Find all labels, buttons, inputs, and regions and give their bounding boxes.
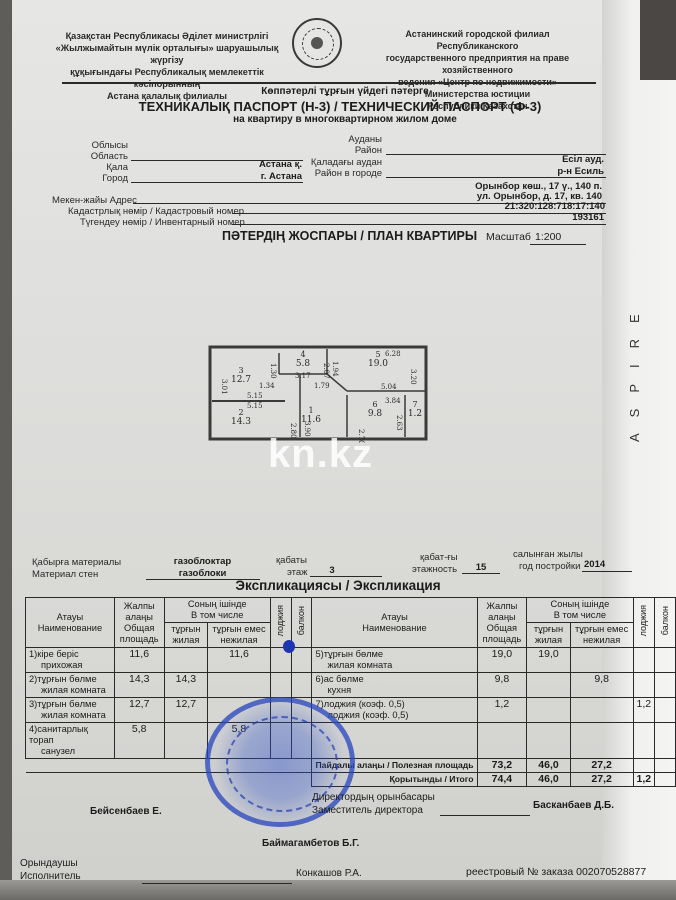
col-living-header: тұрғынжилая (164, 623, 208, 648)
svg-text:3.01: 3.01 (220, 379, 228, 395)
cell-balcony (655, 698, 676, 723)
svg-text:3.20: 3.20 (409, 369, 417, 385)
svg-text:1: 1 (308, 406, 313, 415)
cell-total: 12,7 (114, 698, 164, 723)
issuer-kz-line: «Жылжымайтын мүлік орталығы» шаруашылық … (52, 42, 282, 66)
state-emblem-icon (292, 18, 342, 68)
issuer-kz-line: Қазақстан Республикасы Әділет министрліг… (52, 30, 282, 42)
svg-text:5.15: 5.15 (247, 402, 263, 410)
summary-balcony (655, 773, 676, 787)
cell-loggia (633, 648, 655, 673)
cadastral-label: Кадастрлық нөмір / Кадастровый номер (68, 206, 244, 217)
cell-total (477, 723, 527, 759)
rayon-label-kz: Ауданы (320, 134, 382, 145)
room-name: 3)тұрғын бөлмежилая комната (26, 698, 115, 723)
title-subtitle-ru: на квартиру в многоквартирном жилом доме (150, 114, 540, 125)
svg-text:5.8: 5.8 (296, 359, 311, 369)
cell-balcony (655, 673, 676, 698)
city-district-label-kz: Қаладағы аудан (300, 157, 382, 168)
summary-total: 74,4 (477, 773, 527, 787)
address-label: Мекен-жайы Адрес (52, 195, 137, 206)
scale-field (530, 244, 586, 245)
year-label-kz: салынған жылы (513, 549, 583, 560)
summary-nonliving: 27,2 (570, 773, 633, 787)
svg-text:3.17: 3.17 (295, 372, 311, 380)
cell-total: 19,0 (477, 648, 527, 673)
executor-name: Конкашов Р.А. (296, 868, 362, 879)
city-district-field (386, 177, 606, 178)
inventory-label: Түгендеу нөмір / Инвентарный номер (80, 217, 245, 228)
city-label-kz: Қала (60, 162, 128, 173)
svg-text:4: 4 (300, 350, 305, 359)
rayon-label-ru: Район (320, 145, 382, 156)
city-district-value-ru: р-н Есиль (480, 166, 604, 177)
oblast-label-kz: Облысы (60, 140, 128, 151)
room-name: 6)ас бөлмекухня (312, 673, 477, 698)
issuer-ru-line: государственного предприятия на праве хо… (370, 52, 585, 76)
svg-text:3: 3 (238, 366, 243, 375)
bottom-shadow (0, 880, 676, 900)
cell-loggia (270, 673, 291, 698)
cell-nonliving: 11,6 (208, 648, 271, 673)
cell-nonliving (570, 723, 633, 759)
col-incl-header: Соның ішіндеВ том числе (527, 598, 633, 623)
cell-loggia: 1,2 (633, 698, 655, 723)
floor-label-ru: этаж (287, 567, 308, 578)
background-corner (640, 0, 676, 80)
summary-living: 46,0 (527, 759, 571, 773)
year-label-ru: год постройки (519, 561, 580, 572)
cell-balcony (291, 673, 312, 698)
floors-label-kz: қабат-ғы (420, 552, 458, 563)
col-balcony-header: балкон (655, 598, 676, 648)
summary-living: 46,0 (527, 773, 571, 787)
svg-text:9.8: 9.8 (368, 409, 383, 419)
svg-text:1.34: 1.34 (259, 382, 275, 390)
title-subtitle-kz: Көппәтерлі тұрғын үйдегі пәтерге (150, 86, 540, 97)
cell-living: 14,3 (164, 673, 208, 698)
room-name: 4)санитарлық торапсанузел (26, 723, 115, 759)
scale-label: Масштаб (486, 231, 531, 243)
summary-balcony (655, 759, 676, 773)
floor-plan: 111.6214.3312.745.8519.069.871.23.011.30… (207, 343, 429, 443)
issuer-ru-line: Астанинский городской филиал Республикан… (370, 28, 585, 52)
col-nonliving-header: тұрғын емеснежилая (208, 623, 271, 648)
col-incl-header: Соның ішіндеВ том числе (164, 598, 270, 623)
room-name: 2)тұрғын бөлмежилая комната (26, 673, 115, 698)
floors-field (462, 573, 500, 574)
city-value-ru: г. Астана (200, 171, 302, 182)
svg-text:2: 2 (238, 408, 243, 417)
svg-text:12.7: 12.7 (231, 375, 251, 385)
floor-label-kz: қабаты (276, 555, 307, 566)
header-divider (62, 82, 596, 84)
document-title: ТЕХНИКАЛЫҚ ПАСПОРТ (Н-3) / ТЕХНИЧЕСКИЙ П… (110, 99, 570, 114)
cell-balcony (655, 723, 676, 759)
order-number: реестровый № заказа 002070528877 (466, 866, 646, 878)
binder-brand-label: ASPIRE (627, 280, 657, 460)
svg-text:1.30: 1.30 (269, 363, 277, 379)
svg-text:7: 7 (412, 400, 417, 409)
executor-signature-line (142, 883, 292, 884)
col-living-header: тұрғынжилая (527, 623, 571, 648)
svg-text:1.79: 1.79 (314, 382, 330, 390)
cell-living: 19,0 (527, 648, 571, 673)
left-signature-2: Баймагамбетов Б.Г. (262, 838, 359, 849)
cell-total: 1,2 (477, 698, 527, 723)
col-name-header: АтауыНаименование (26, 598, 115, 648)
scale-value: 1:200 (535, 231, 561, 243)
floor-field (310, 576, 382, 577)
svg-text:6.28: 6.28 (385, 350, 401, 358)
col-name-header: АтауыНаименование (312, 598, 477, 648)
plan-title: ПӘТЕРДІҢ ЖОСПАРЫ / ПЛАН КВАРТИРЫ (222, 229, 477, 243)
svg-text:5: 5 (375, 350, 380, 359)
cell-living (164, 723, 208, 759)
wall-material-value-kz: газоблоктар (145, 556, 260, 567)
col-loggia-header: лоджия (633, 598, 655, 648)
year-value: 2014 (584, 559, 624, 570)
executor-label-ru: Исполнитель (20, 871, 81, 882)
col-total-header: ЖалпыалаңыОбщаяплощадь (114, 598, 164, 648)
cell-total: 5,8 (114, 723, 164, 759)
summary-loggia: 1,2 (633, 773, 655, 787)
svg-text:2.07: 2.07 (322, 363, 330, 379)
city-field (131, 182, 303, 183)
deputy-label-ru: Заместитель директора (312, 805, 423, 816)
table-row: 1)кіре берісприхожая11,611,65)тұрғын бөл… (26, 648, 676, 673)
deputy-name: Басканбаев Д.Б. (533, 800, 614, 811)
cadastral-value: 21:320:128:718:17:140 (440, 201, 605, 212)
cell-loggia (633, 723, 655, 759)
explication-title: Экспликациясы / Экспликация (0, 578, 676, 593)
city-label-ru: Город (60, 173, 128, 184)
cell-nonliving: 9,8 (570, 673, 633, 698)
svg-text:5.04: 5.04 (381, 383, 397, 391)
cell-loggia (633, 673, 655, 698)
svg-text:1.94: 1.94 (331, 361, 339, 377)
inventory-value: 193161 (480, 212, 604, 223)
left-signature-1: Бейсенбаев Е. (90, 806, 162, 817)
col-balcony-header: балкон (291, 598, 312, 648)
col-nonliving-header: тұрғын емеснежилая (570, 623, 633, 648)
cell-nonliving (570, 648, 633, 673)
cell-total: 14,3 (114, 673, 164, 698)
svg-text:19.0: 19.0 (368, 359, 388, 369)
cell-living (527, 723, 571, 759)
col-total-header: ЖалпыалаңыОбщаяплощадь (477, 598, 527, 648)
room-name: 5)тұрғын бөлмежилая комната (312, 648, 477, 673)
ink-mark (283, 640, 295, 653)
city-district-value-kz: Есіл ауд. (480, 154, 604, 165)
city-value-kz: Астана қ. (200, 159, 302, 170)
summary-loggia (633, 759, 655, 773)
room-name: 1)кіре берісприхожая (26, 648, 115, 673)
cell-nonliving (570, 698, 633, 723)
svg-text:6: 6 (372, 400, 377, 409)
cell-living (527, 698, 571, 723)
svg-text:5.15: 5.15 (247, 392, 263, 400)
wall-material-label-kz: Қабырға материалы (32, 557, 121, 568)
svg-text:1.2: 1.2 (408, 409, 422, 419)
cell-nonliving (208, 673, 271, 698)
cell-living (164, 648, 208, 673)
svg-text:14.3: 14.3 (231, 417, 251, 427)
cell-living (527, 673, 571, 698)
floor-value: 3 (312, 565, 352, 576)
city-district-label-ru: Район в городе (300, 168, 382, 179)
cell-total: 11,6 (114, 648, 164, 673)
executor-label-kz: Орындаушы (20, 858, 78, 869)
table-row: 2)тұрғын бөлмежилая комната14,314,36)ас … (26, 673, 676, 698)
table-row: 3)тұрғын бөлмежилая комната12,712,77)лод… (26, 698, 676, 723)
deputy-label-kz: Директордың орынбасары (312, 792, 435, 803)
oblast-label-ru: Область (60, 151, 128, 162)
watermark: kn.kz (268, 432, 373, 477)
table-header-row: АтауыНаименование ЖалпыалаңыОбщаяплощадь… (26, 598, 676, 623)
floors-label-ru: этажность (412, 564, 457, 575)
cell-living: 12,7 (164, 698, 208, 723)
summary-nonliving: 27,2 (570, 759, 633, 773)
cell-balcony (291, 648, 312, 673)
cell-total: 9,8 (477, 673, 527, 698)
floor-plan-drawing: 111.6214.3312.745.8519.069.871.23.011.30… (207, 343, 429, 443)
year-field (582, 571, 632, 572)
summary-total: 73,2 (477, 759, 527, 773)
svg-text:3.84: 3.84 (385, 397, 401, 405)
cell-balcony (655, 648, 676, 673)
svg-text:2.63: 2.63 (395, 415, 403, 431)
deputy-signature-line (440, 815, 530, 816)
inventory-field (232, 224, 606, 225)
floors-value: 15 (462, 562, 500, 573)
